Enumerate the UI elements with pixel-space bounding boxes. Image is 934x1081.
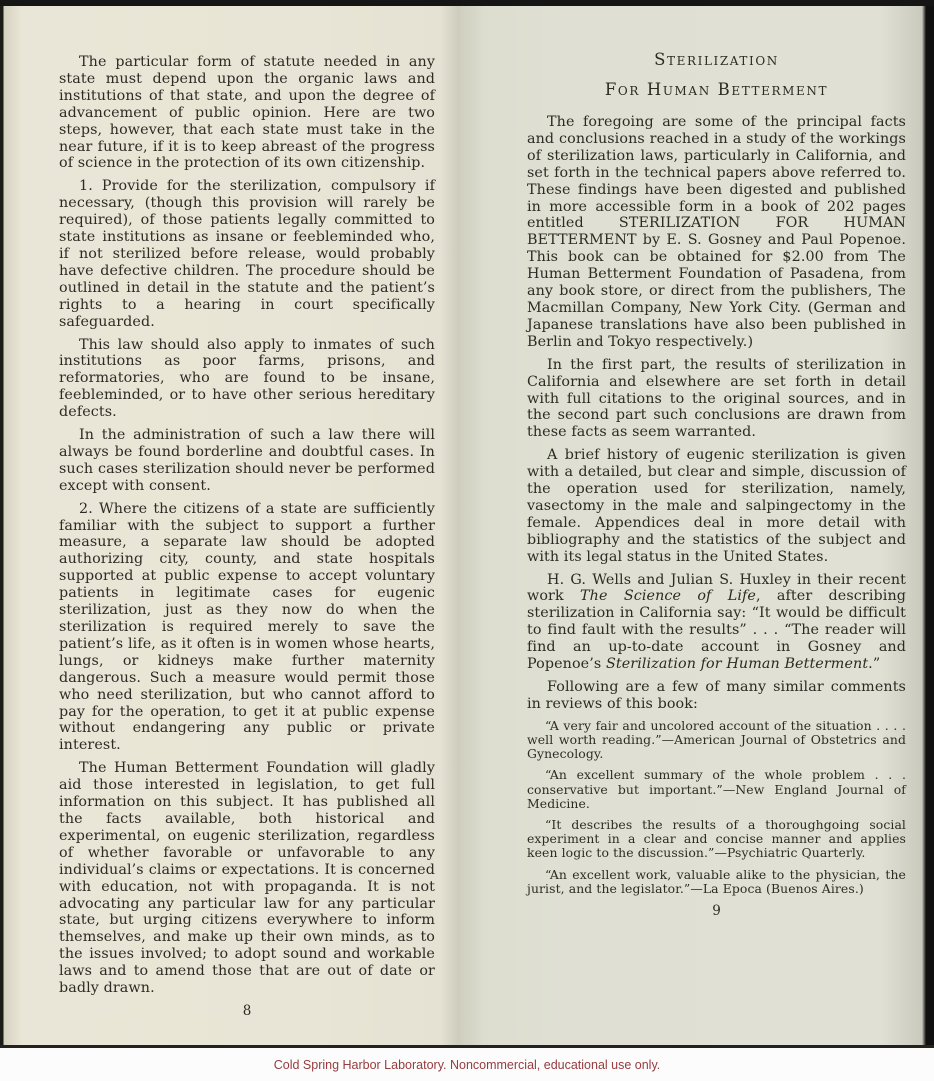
paragraph: In the first part, the results of steril… [527, 357, 906, 442]
paragraph: This law should also apply to inmates of… [59, 337, 435, 422]
text-run: In the administration of such a law ther… [59, 427, 435, 494]
paragraph: In the administration of such a law ther… [59, 427, 435, 495]
heading-line-2: For Human Betterment [527, 82, 906, 99]
text-run: “A very fair and uncolored account of th… [527, 718, 906, 761]
text-run: The foregoing are some of the principal … [527, 114, 906, 350]
paragraph: The foregoing are some of the principal … [527, 114, 906, 351]
paragraph: The particular form of statute needed in… [59, 54, 435, 172]
footer-strip: Cold Spring Harbor Laboratory. Noncommer… [0, 1048, 934, 1081]
italic-text-run: The Science of Life [580, 588, 756, 604]
text-run: A brief history of eugenic sterilization… [527, 447, 906, 564]
page-heading: Sterilization For Human Betterment [527, 52, 906, 98]
two-page-spread: The particular form of statute needed in… [3, 12, 927, 1051]
page-left: The particular form of statute needed in… [3, 12, 465, 1051]
text-run: This law should also apply to inmates of… [59, 337, 435, 421]
text-run: In the first part, the results of steril… [527, 357, 906, 441]
text-run: “An excellent summary of the whole probl… [527, 767, 906, 810]
page-number-right: 9 [527, 903, 906, 919]
left-page-text: The particular form of statute needed in… [59, 54, 435, 997]
text-run: Following are a few of many similar comm… [527, 679, 906, 712]
text-run: .” [868, 656, 880, 672]
review-list: “A very fair and uncolored account of th… [527, 719, 906, 896]
heading-line-1: Sterilization [527, 52, 906, 69]
text-run: 2. Where the citizens of a state are suf… [59, 501, 435, 754]
text-run: “It describes the results of a thoroughg… [527, 817, 906, 860]
page-right: Sterilization For Human Betterment The f… [465, 12, 927, 1051]
italic-text-run: Sterilization for Human Betterment [606, 656, 868, 672]
review-quote: “An excellent work, valuable alike to th… [527, 868, 906, 896]
paragraph: 2. Where the citizens of a state are suf… [59, 501, 435, 755]
review-quote: “A very fair and uncolored account of th… [527, 719, 906, 762]
paragraph: Following are a few of many similar comm… [527, 679, 906, 713]
text-run: The Human Betterment Foundation will gla… [59, 760, 435, 996]
page-number-left: 8 [59, 1003, 435, 1019]
text-run: 1. Provide for the sterilization, compul… [59, 178, 435, 329]
text-run: “An excellent work, valuable alike to th… [527, 867, 906, 896]
paragraph: A brief history of eugenic sterilization… [527, 447, 906, 565]
text-run: The particular form of statute needed in… [59, 54, 435, 171]
paragraph: 1. Provide for the sterilization, compul… [59, 178, 435, 330]
paragraph: The Human Betterment Foundation will gla… [59, 760, 435, 997]
scanned-booklet: The particular form of statute needed in… [0, 0, 934, 1081]
booklet-scan: The particular form of statute needed in… [0, 0, 934, 1048]
review-quote: “It describes the results of a thoroughg… [527, 818, 906, 861]
review-quote: “An excellent summary of the whole probl… [527, 768, 906, 811]
footer-caption: Cold Spring Harbor Laboratory. Noncommer… [274, 1058, 661, 1072]
right-page-text: The foregoing are some of the principal … [527, 114, 906, 713]
paragraph: H. G. Wells and Julian S. Huxley in thei… [527, 572, 906, 673]
